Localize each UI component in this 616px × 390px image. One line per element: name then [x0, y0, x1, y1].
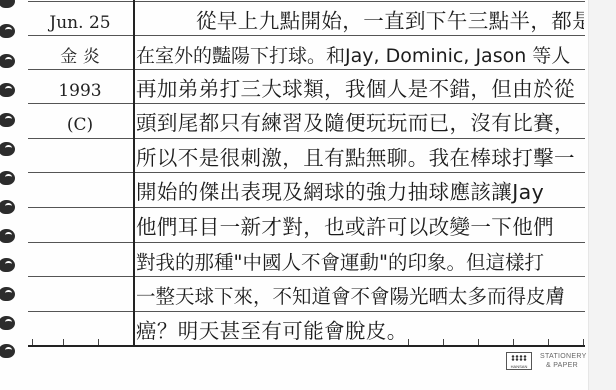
- diary-line: 從早上九點開始，一直到下午三點半，都是: [136, 2, 584, 36]
- brand-text: STATIONERY & PAPER: [540, 352, 587, 370]
- diary-line: 癌？明天甚至有可能會脫皮。: [136, 312, 584, 346]
- brand-logo-text: HANSAN: [511, 364, 528, 369]
- binding-hole-icon: [0, 83, 15, 97]
- binding-hole-icon: [0, 258, 15, 272]
- notebook-page: Jun. 25 金 炎 1993 (C) 從早上九點開始，一直到下午三點半，都是…: [0, 0, 588, 390]
- brand-line-1: STATIONERY: [540, 352, 587, 361]
- brand-mark: HANSAN STATIONERY & PAPER: [506, 352, 587, 370]
- diary-line: 頭到尾都只有練習及隨便玩玩而已，沒有比賽，: [136, 104, 584, 138]
- binding-hole-icon: [0, 113, 15, 127]
- ruler-tick: [32, 339, 33, 345]
- margin-divider: [133, 0, 135, 347]
- binding-hole-icon: [0, 142, 15, 156]
- diary-line: 開始的傑出表現及網球的強力抽球應該讓Jay: [136, 173, 584, 207]
- brand-logo-icon: HANSAN: [506, 352, 532, 370]
- page-edge: [588, 0, 616, 390]
- diary-line: 所以不是很刺激，且有點無聊。我在棒球打擊一: [136, 139, 584, 173]
- binding-hole-icon: [0, 24, 15, 38]
- binding-hole-icon: [0, 287, 15, 301]
- binding-hole-icon: [0, 171, 15, 185]
- binding-hole-icon: [0, 0, 15, 8]
- binding-hole-icon: [0, 54, 15, 68]
- diary-line: 在室外的豔陽下打球。和Jay, Dominic, Jason 等人: [136, 36, 584, 70]
- binding-hole-icon: [0, 200, 15, 214]
- binding-hole-icon: [0, 316, 15, 330]
- ruler-tick: [98, 339, 99, 345]
- diary-line: 他們耳目一新才對，也或許可以改變一下他們: [136, 208, 584, 242]
- entry-year: 1993: [28, 70, 132, 104]
- diary-line: 再加弟弟打三大球類，我個人是不錯，但由於從: [136, 70, 584, 104]
- diary-line: 對我的那種"中國人不會運動"的印象。但這樣打: [136, 243, 584, 277]
- binding-hole-icon: [0, 344, 15, 358]
- entry-mark: (C): [28, 104, 132, 138]
- entry-date: Jun. 25: [28, 2, 132, 36]
- brand-line-2: & PAPER: [540, 361, 587, 370]
- entry-weekday: 金 炎: [28, 36, 132, 70]
- ruler-tick: [63, 339, 64, 345]
- binding-hole-icon: [0, 229, 15, 243]
- diary-line: 一整天球下來，不知道會不會陽光晒太多而得皮膚: [136, 277, 584, 311]
